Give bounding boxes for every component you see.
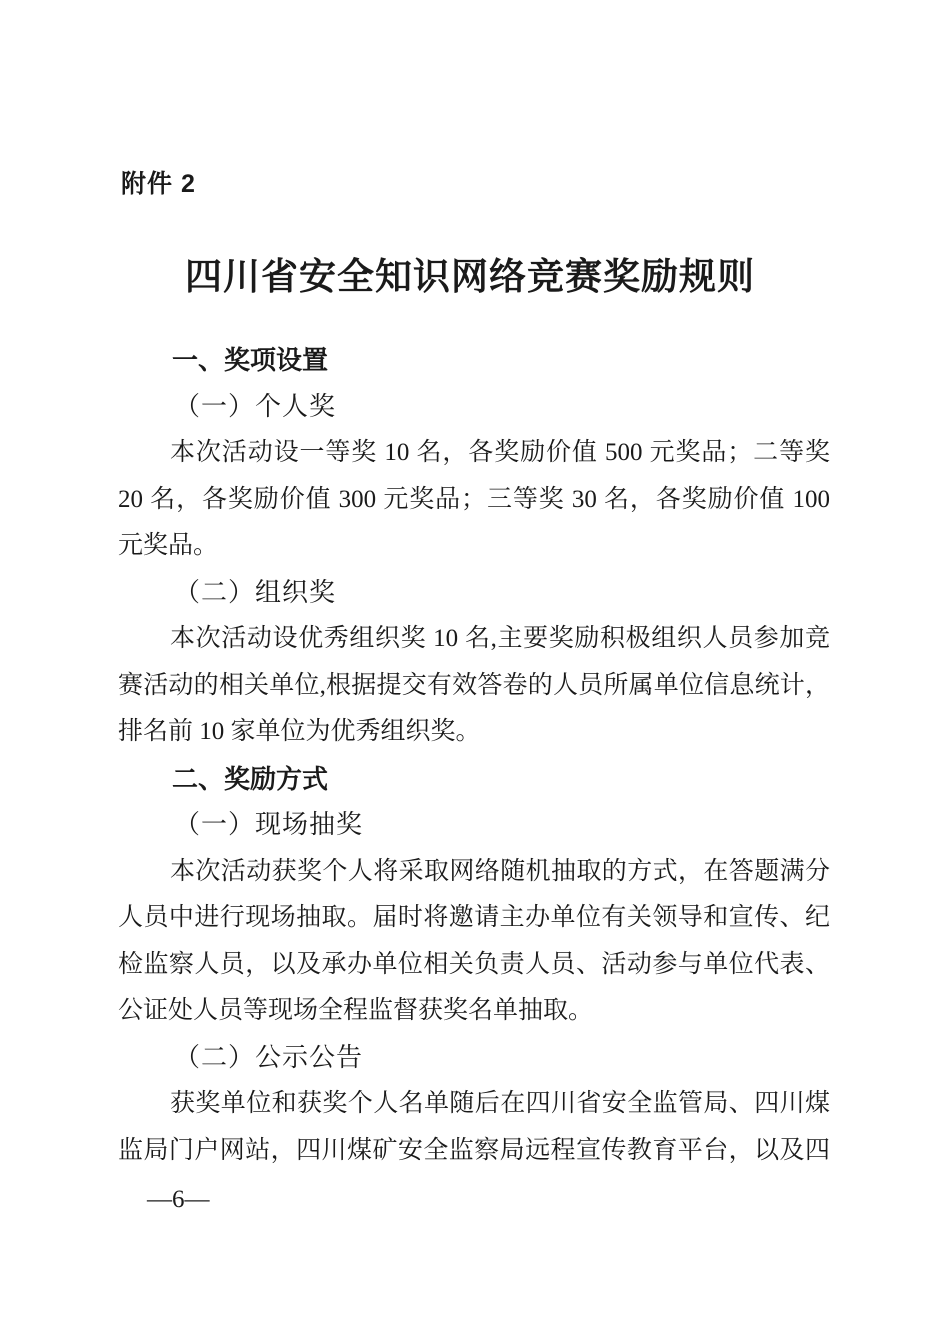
attachment-label: 附件 2 [121, 168, 196, 200]
subsection-heading-public-announcement: （二）公示公告 [118, 1035, 830, 1082]
paragraph-line: 本次活动设一等奖 10 名，各奖励价值 500 元奖品；二等奖 [118, 430, 830, 477]
paragraph-line: 人员中进行现场抽取。届时将邀请主办单位有关领导和宣传、纪 [118, 895, 830, 942]
paragraph-line: 20 名，各奖励价值 300 元奖品；三等奖 30 名，各奖励价值 100 [118, 477, 830, 524]
paragraph-line: 获奖单位和获奖个人名单随后在四川省安全监管局、四川煤 [118, 1081, 830, 1128]
subsection-heading-organization-award: （二）组织奖 [118, 570, 830, 617]
paragraph-line: 公证处人员等现场全程监督获奖名单抽取。 [118, 988, 830, 1035]
paragraph-line: 本次活动设优秀组织奖 10 名,主要奖励积极组织人员参加竞 [118, 616, 830, 663]
document-page: 附件 2 四川省安全知识网络竞赛奖励规则 一、奖项设置 （一）个人奖 本次活动设… [0, 0, 940, 1327]
document-body: 一、奖项设置 （一）个人奖 本次活动设一等奖 10 名，各奖励价值 500 元奖… [118, 337, 830, 1174]
paragraph-line: 元奖品。 [118, 523, 830, 570]
paragraph-line: 监局门户网站，四川煤矿安全监察局远程宣传教育平台，以及四 [118, 1128, 830, 1175]
paragraph-line: 排名前 10 家单位为优秀组织奖。 [118, 709, 830, 756]
subsection-heading-live-draw: （一）现场抽奖 [118, 802, 830, 849]
paragraph-line: 赛活动的相关单位,根据提交有效答卷的人员所属单位信息统计， [118, 663, 830, 710]
section-heading-reward-method: 二、奖励方式 [118, 756, 830, 803]
paragraph-line: 本次活动获奖个人将采取网络随机抽取的方式，在答题满分 [118, 849, 830, 896]
paragraph-line: 检监察人员，以及承办单位相关负责人员、活动参与单位代表、 [118, 942, 830, 989]
page-number: —6— [147, 1184, 210, 1216]
subsection-heading-individual-award: （一）个人奖 [118, 384, 830, 431]
section-heading-awards-setup: 一、奖项设置 [118, 337, 830, 384]
document-title: 四川省安全知识网络竞赛奖励规则 [0, 252, 940, 304]
